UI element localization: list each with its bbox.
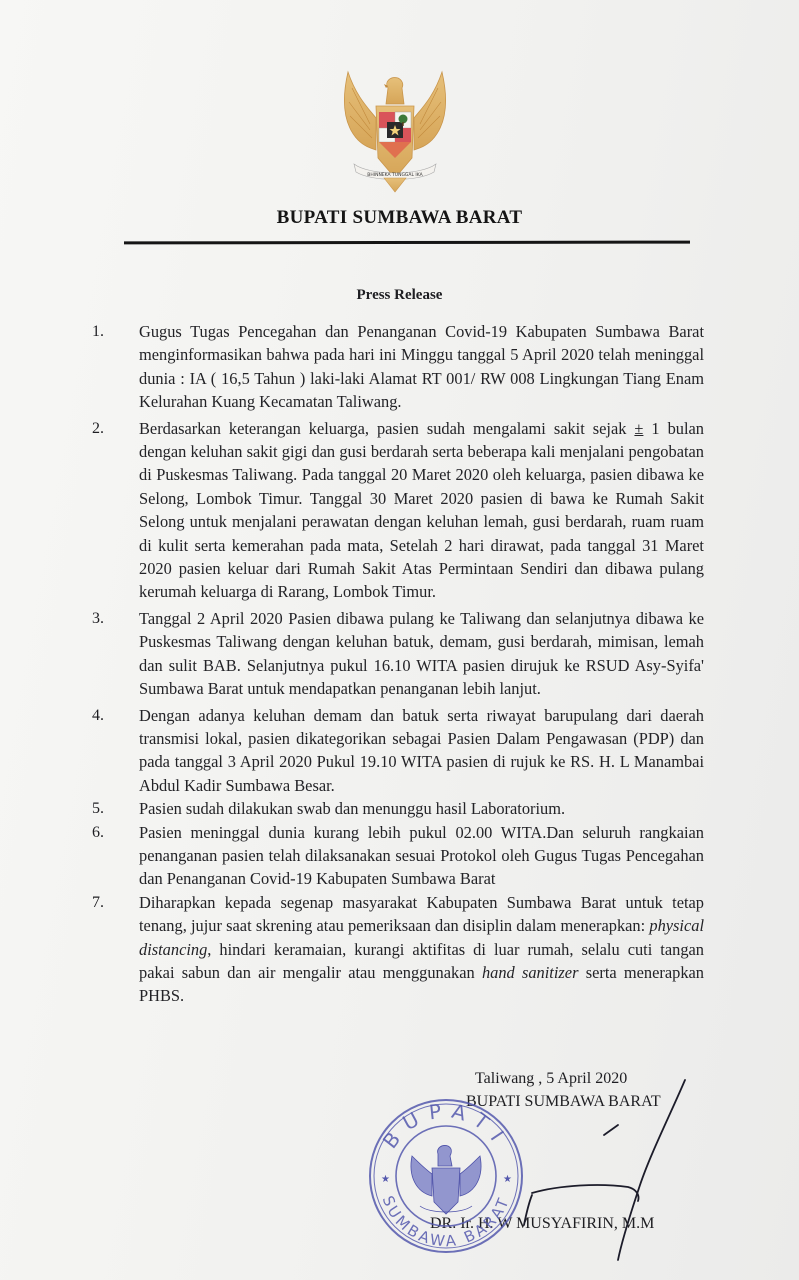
svg-text:★: ★	[381, 1174, 390, 1185]
list-item-3: 3. Tanggal 2 April 2020 Pasien dibawa pu…	[0, 607, 799, 701]
item-text: Berdasarkan keterangan keluarga, pasien …	[139, 417, 704, 604]
svg-text:BHINNEKA TUNGGAL IKA: BHINNEKA TUNGGAL IKA	[367, 172, 423, 178]
garuda-emblem-icon: BHINNEKA TUNGGAL IKA	[340, 68, 450, 193]
press-release-page: BHINNEKA TUNGGAL IKA BUPATI SUMBAWA BARA…	[0, 0, 799, 1280]
list-item-7: 7. Diharapkan kepada segenap masyarakat …	[0, 891, 799, 1008]
item-number: 4.	[92, 704, 104, 727]
item-number: 6.	[92, 821, 104, 844]
item-text: Diharapkan kepada segenap masyarakat Kab…	[139, 891, 704, 1008]
item-number: 2.	[92, 417, 104, 440]
handwritten-signature-icon	[500, 1075, 700, 1265]
item-number: 1.	[92, 320, 104, 343]
letterhead-title: BUPATI SUMBAWA BARAT	[0, 207, 799, 229]
item-number: 7.	[92, 891, 104, 914]
item-text-start: Berdasarkan keterangan keluarga, pasien …	[139, 419, 634, 438]
item-text: Tanggal 2 April 2020 Pasien dibawa pulan…	[139, 607, 704, 701]
item-text-rest: 1 bulan dengan keluhan sakit gigi dan gu…	[139, 419, 704, 602]
letterhead-divider	[124, 241, 690, 245]
document-title: Press Release	[0, 287, 799, 304]
list-item-2: 2. Berdasarkan keterangan keluarga, pasi…	[0, 417, 799, 604]
press-release-list: 1. Gugus Tugas Pencegahan dan Penanganan…	[0, 320, 799, 1008]
list-item-1: 1. Gugus Tugas Pencegahan dan Penanganan…	[0, 320, 799, 414]
item-number: 3.	[92, 607, 104, 630]
item-text: Pasien sudah dilakukan swab dan menunggu…	[139, 797, 704, 820]
item-text: Pasien meninggal dunia kurang lebih puku…	[139, 821, 704, 891]
list-item-6: 6. Pasien meninggal dunia kurang lebih p…	[0, 821, 799, 891]
item-text-part: Diharapkan kepada segenap masyarakat Kab…	[139, 893, 704, 935]
item-text: Dengan adanya keluhan demam dan batuk se…	[139, 704, 704, 798]
italic-term: hand sanitizer	[482, 963, 579, 982]
list-item-5: 5. Pasien sudah dilakukan swab dan menun…	[0, 797, 799, 820]
item-number: 5.	[92, 797, 104, 820]
item-text: Gugus Tugas Pencegahan dan Penanganan Co…	[139, 320, 704, 414]
list-item-4: 4. Dengan adanya keluhan demam dan batuk…	[0, 704, 799, 798]
